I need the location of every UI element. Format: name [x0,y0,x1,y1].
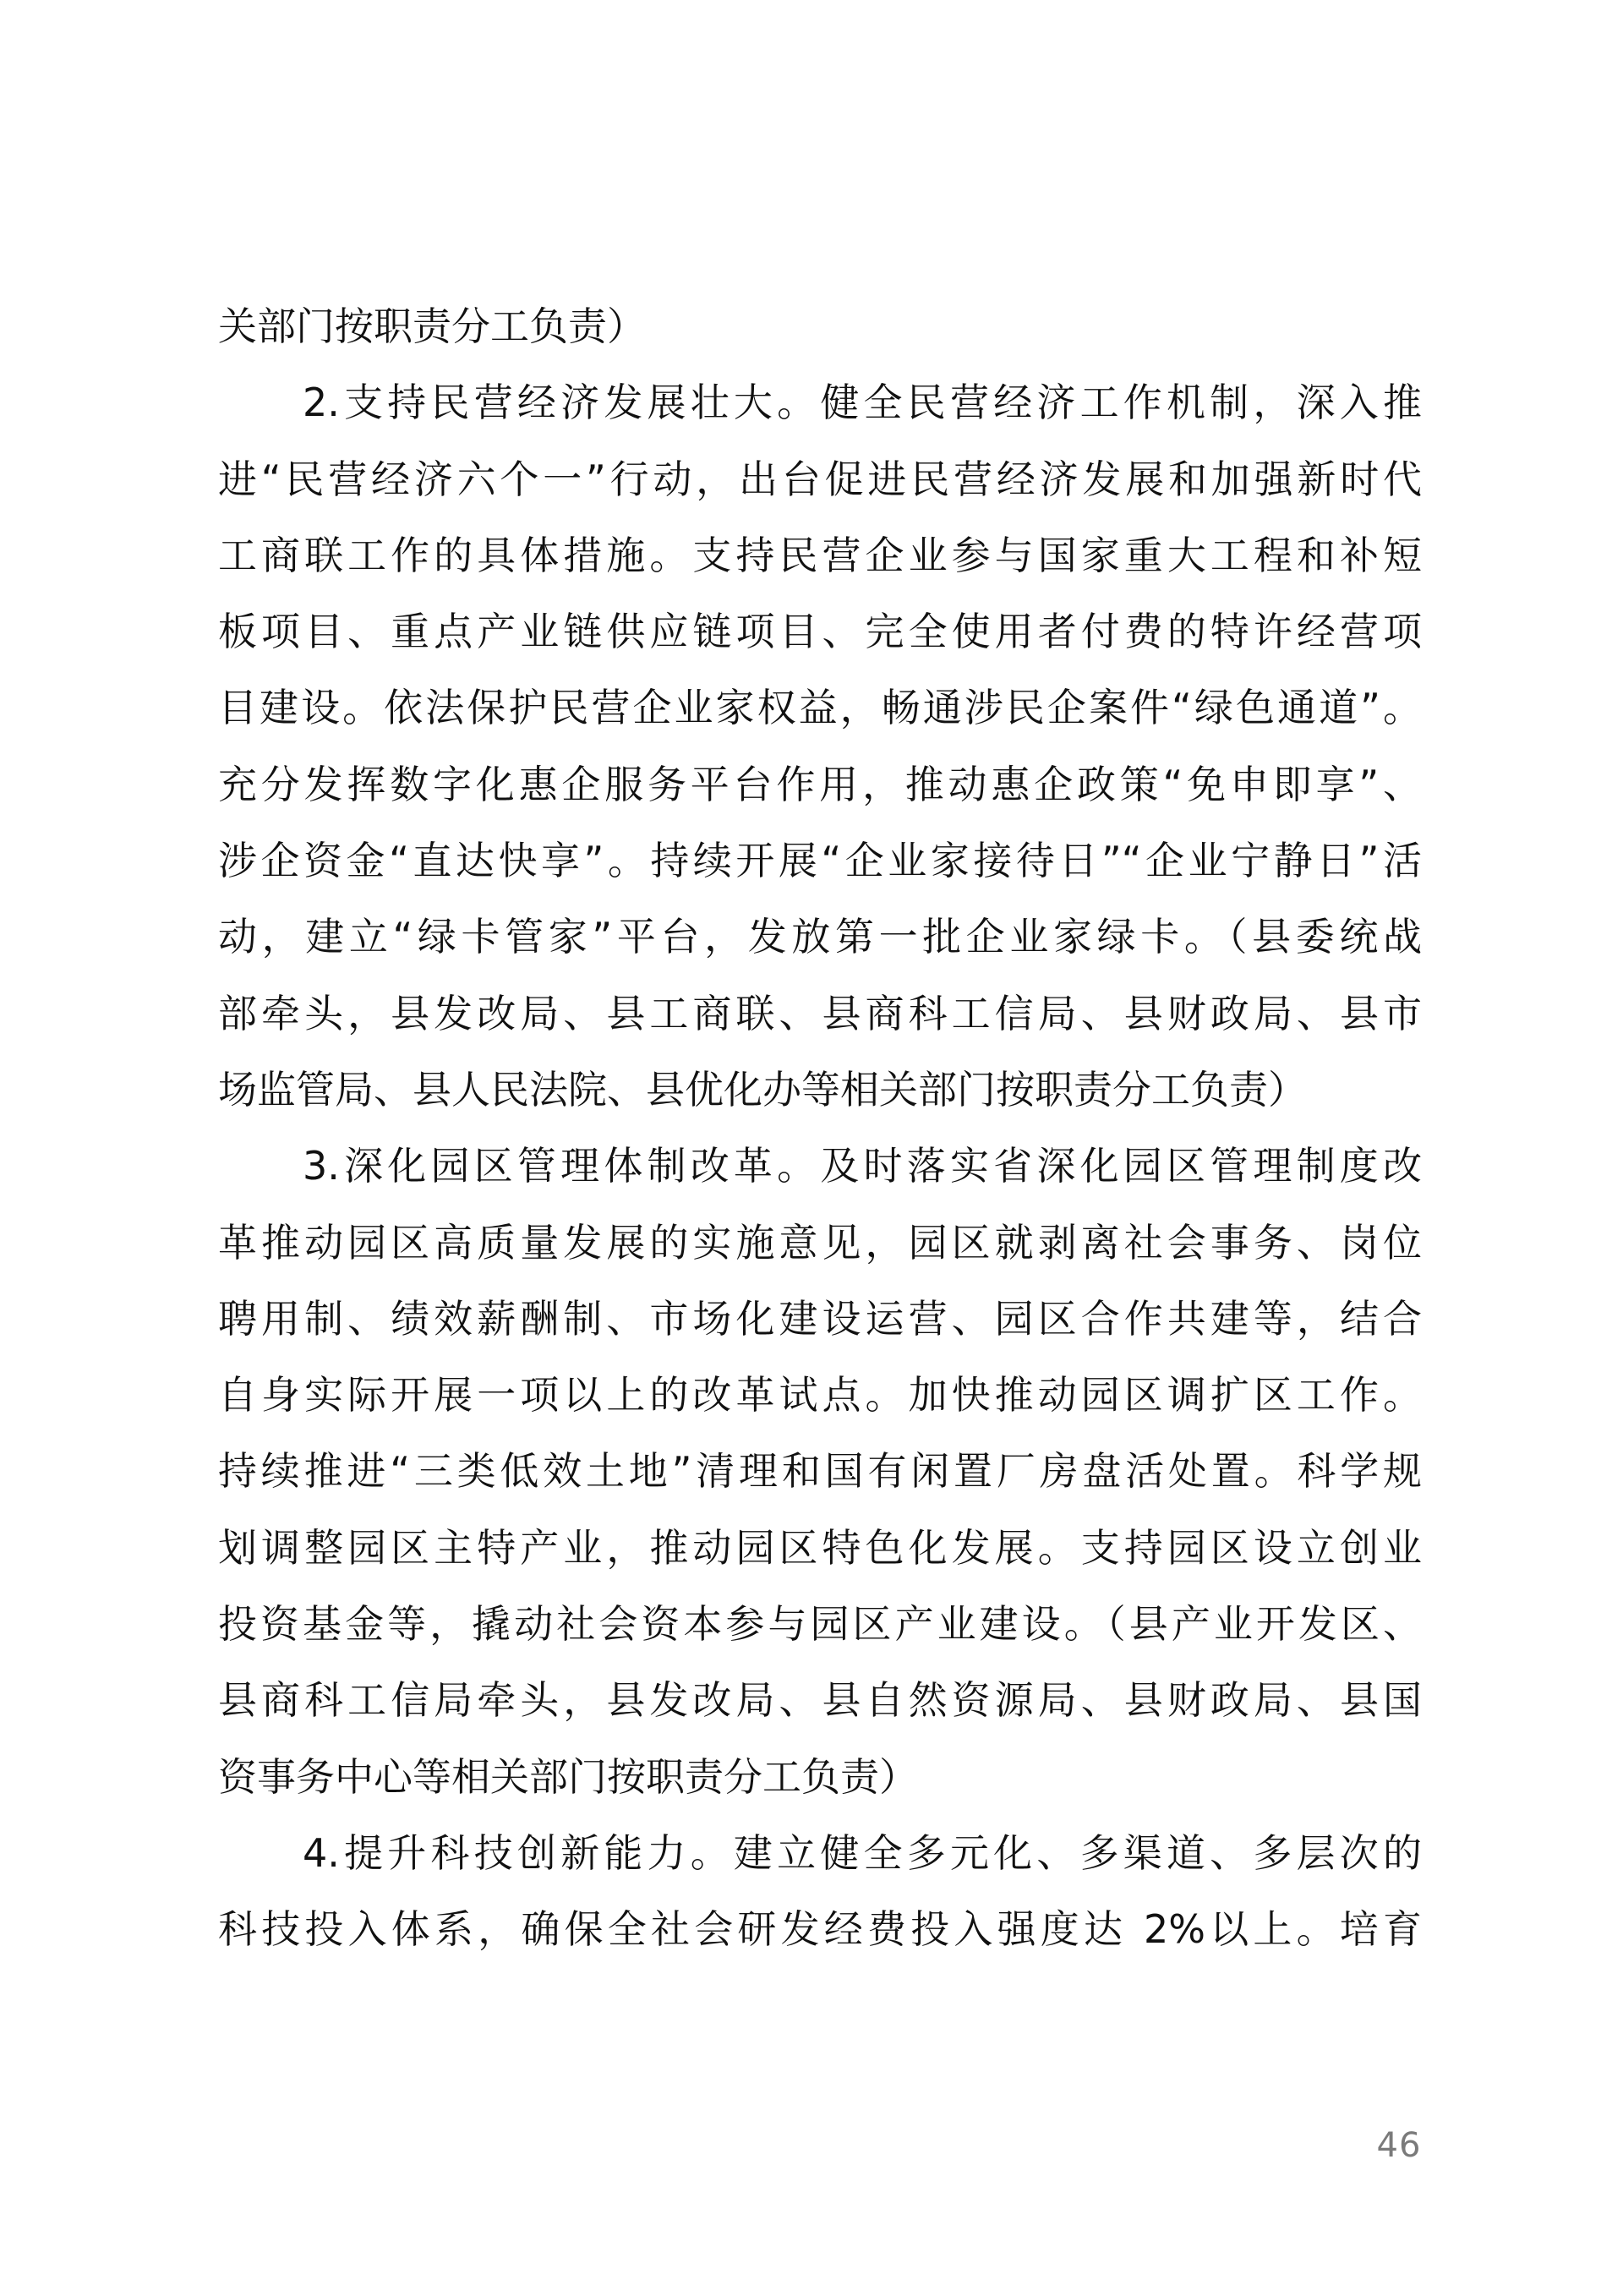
text-line: 动，建立“绿卡管家”平台，发放第一批企业家绿卡。（县委统战 [218,899,1422,975]
text-line: 部牵头，县发改局、县工商联、县商科工信局、县财政局、县市 [218,976,1422,1052]
text-line: 涉企资金“直达快享”。持续开展“企业家接待日”“企业宁静日”活 [218,823,1422,899]
body-text: 关部门按职责分工负责） 2.支持民营经济发展壮大。健全民营经济工作机制，深入推 … [218,288,1422,1968]
text-line: 自身实际开展一项以上的改革试点。加快推动园区调扩区工作。 [218,1357,1422,1433]
text-line: 投资基金等，撬动社会资本参与园区产业建设。（县产业开发区、 [218,1586,1422,1662]
page-number: 46 [1369,2126,1429,2165]
text-line: 工商联工作的具体措施。支持民营企业参与国家重大工程和补短 [218,517,1422,593]
text-line: 县商科工信局牵头，县发改局、县自然资源局、县财政局、县国 [218,1662,1422,1738]
text-line: 革推动园区高质量发展的实施意见，园区就剥离社会事务、岗位 [218,1205,1422,1281]
paragraph-heading-line: 4.提升科技创新能力。建立健全多元化、多渠道、多层次的 [218,1815,1422,1891]
text-line: 目建设。依法保护民营企业家权益，畅通涉民企案件“绿色通道”。 [218,670,1422,746]
text-line: 关部门按职责分工负责） [218,288,1422,364]
text-line: 板项目、重点产业链供应链项目、完全使用者付费的特许经营项 [218,593,1422,670]
text-line: 场监管局、县人民法院、县优化办等相关部门按职责分工负责） [218,1052,1422,1128]
text-line: 资事务中心等相关部门按职责分工负责） [218,1739,1422,1815]
paragraph-heading-line: 2.支持民营经济发展壮大。健全民营经济工作机制，深入推 [218,364,1422,440]
text-line: 充分发挥数字化惠企服务平台作用，推动惠企政策“免申即享”、 [218,746,1422,823]
document-page: 关部门按职责分工负责） 2.支持民营经济发展壮大。健全民营经济工作机制，深入推 … [0,0,1623,2296]
text-line: 聘用制、绩效薪酬制、市场化建设运营、园区合作共建等，结合 [218,1281,1422,1357]
paragraph-heading-line: 3.深化园区管理体制改革。及时落实省深化园区管理制度改 [218,1128,1422,1204]
text-line: 持续推进“三类低效土地”清理和国有闲置厂房盘活处置。科学规 [218,1433,1422,1509]
text-line: 科技投入体系，确保全社会研发经费投入强度达 2%以上。培育 [218,1891,1422,1967]
text-line: 划调整园区主特产业，推动园区特色化发展。支持园区设立创业 [218,1510,1422,1586]
text-line: 进“民营经济六个一”行动，出台促进民营经济发展和加强新时代 [218,441,1422,517]
